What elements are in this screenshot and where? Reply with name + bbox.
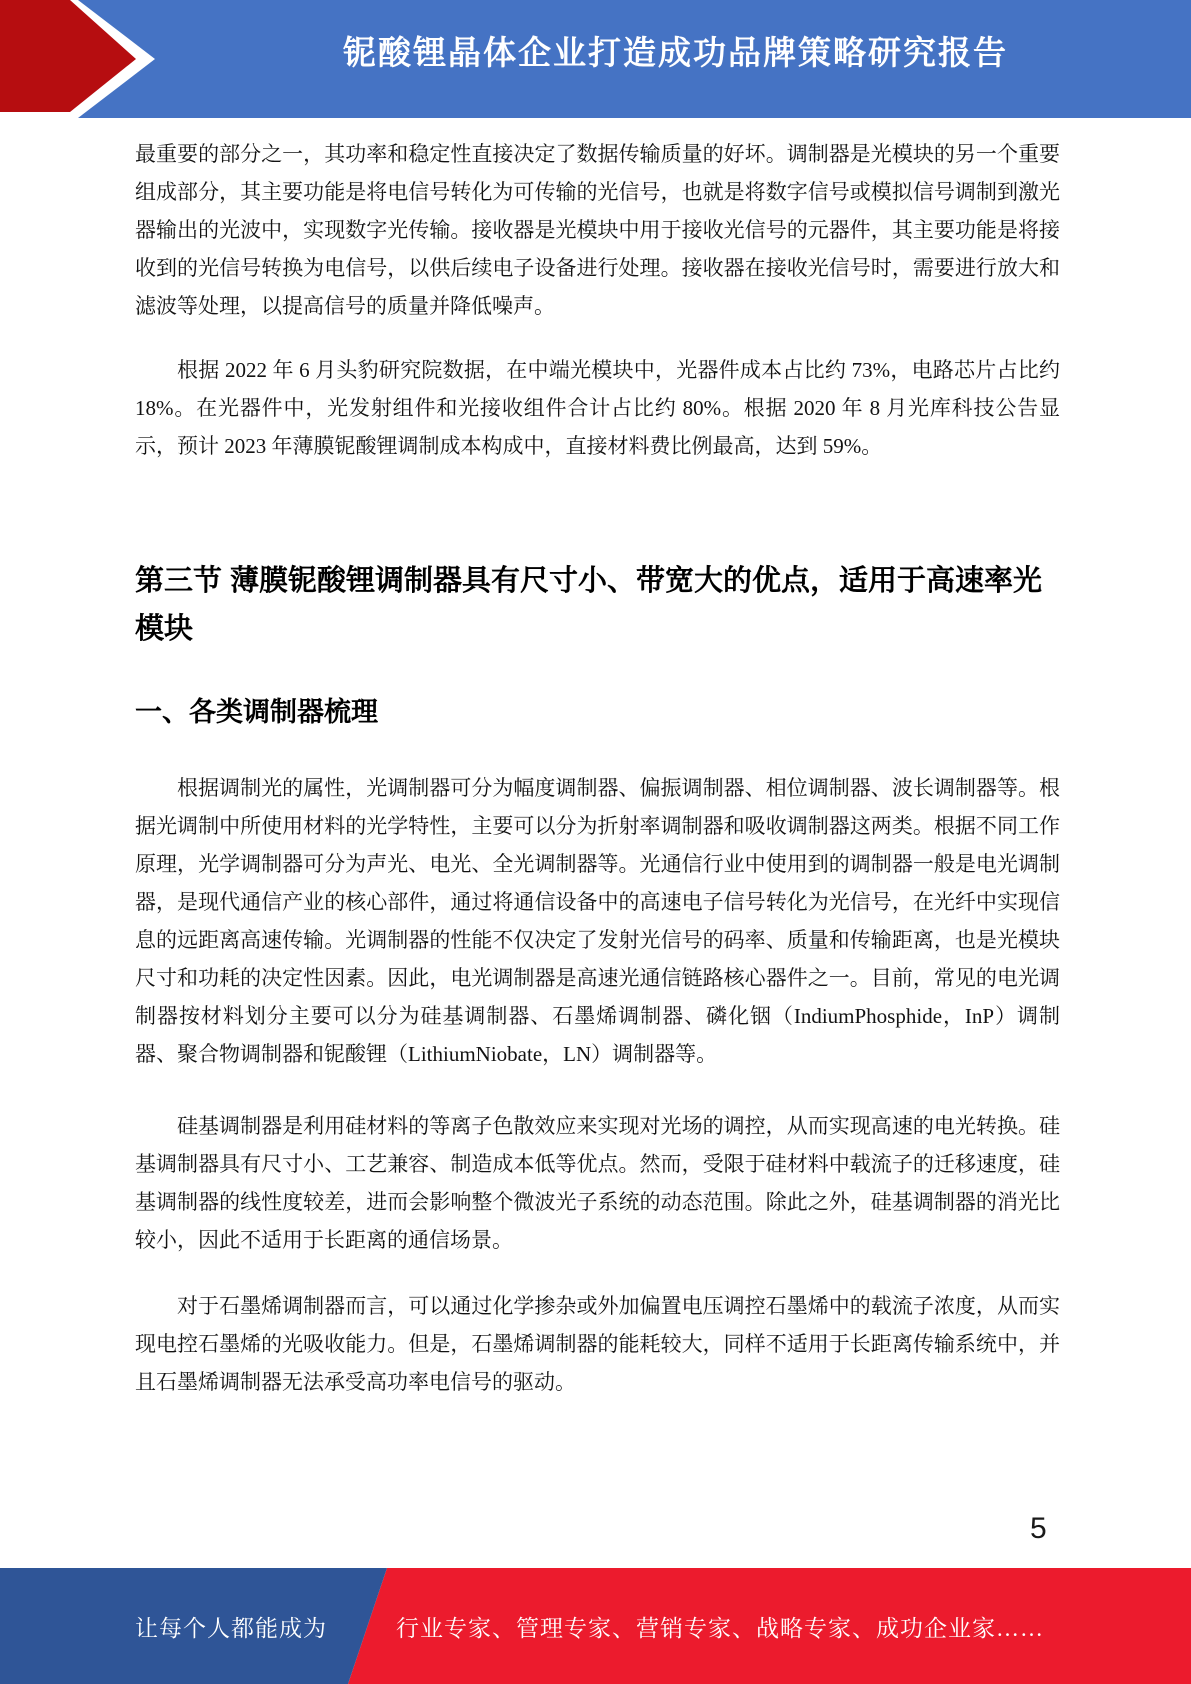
section-heading: 第三节 薄膜铌酸锂调制器具有尺寸小、带宽大的优点，适用于高速率光模块 (135, 557, 1060, 653)
paragraph-optical-module-intro: 最重要的部分之一，其功率和稳定性直接决定了数据传输质量的好坏。调制器是光模块的另… (135, 135, 1060, 325)
footer-banner: 让每个人都能成为 行业专家、管理专家、营销专家、战略专家、成功企业家…… (0, 1568, 1191, 1684)
report-title: 铌酸锂晶体企业打造成功品牌策略研究报告 (160, 0, 1191, 100)
red-chevron-arrow-icon (0, 0, 160, 118)
report-page: 铌酸锂晶体企业打造成功品牌策略研究报告 最重要的部分之一，其功率和稳定性直接决定… (0, 0, 1191, 1684)
paragraph-modulator-types: 根据调制光的属性，光调制器可分为幅度调制器、偏振调制器、相位调制器、波长调制器等… (135, 769, 1060, 1073)
subsection-heading: 一、各类调制器梳理 (135, 695, 1060, 729)
paragraph-cost-data: 根据 2022 年 6 月头豹研究院数据，在中端光模块中，光器件成本占比约 73… (135, 351, 1060, 465)
footer-slogan-left: 让每个人都能成为 (135, 1568, 327, 1684)
footer-slogan-right: 行业专家、管理专家、营销专家、战略专家、成功企业家…… (396, 1568, 1044, 1684)
paragraph-silicon-modulator: 硅基调制器是利用硅材料的等离子色散效应来实现对光场的调控，从而实现高速的电光转换… (135, 1107, 1060, 1259)
page-number: 5 (1030, 1512, 1047, 1546)
paragraph-graphene-modulator: 对于石墨烯调制器而言，可以通过化学掺杂或外加偏置电压调控石墨烯中的载流子浓度，从… (135, 1287, 1060, 1401)
document-body: 最重要的部分之一，其功率和稳定性直接决定了数据传输质量的好坏。调制器是光模块的另… (135, 118, 1060, 1401)
header-banner: 铌酸锂晶体企业打造成功品牌策略研究报告 (0, 0, 1191, 118)
